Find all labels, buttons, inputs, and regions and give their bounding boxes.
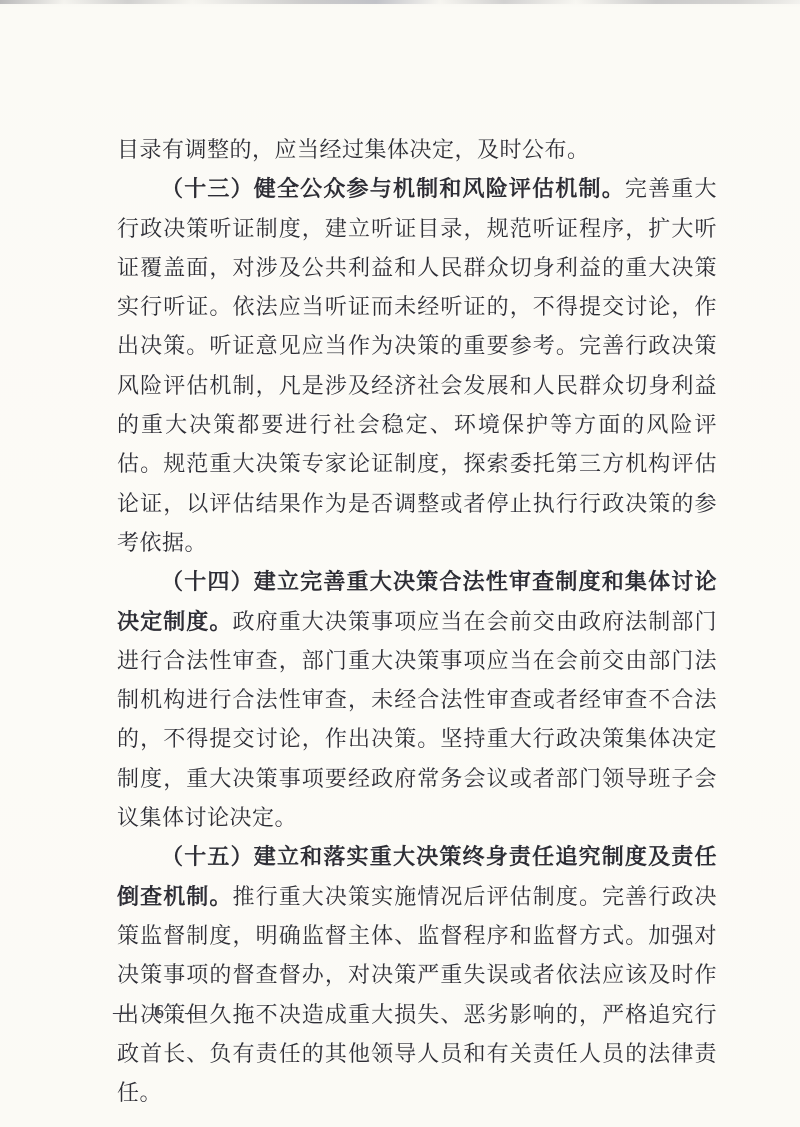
- paragraph-item-14: （十四）建立完善重大决策合法性审查制度和集体讨论决定制度。政府重大决策事项应当在…: [117, 562, 717, 837]
- paragraph-body: 政府重大决策事项应当在会前交由政府法制部门进行合法性审查，部门重大决策事项应当在…: [117, 609, 717, 830]
- document-page: 目录有调整的，应当经过集体决定，及时公布。 （十三）健全公众参与机制和风险评估机…: [0, 0, 800, 1127]
- paragraph-body: 完善重大行政决策听证制度，建立听证目录，规范听证程序，扩大听证覆盖面，对涉及公共…: [117, 176, 717, 555]
- paragraph-continuation: 目录有调整的，应当经过集体决定，及时公布。: [117, 130, 717, 169]
- paragraph-body: 推行重大决策实施情况后评估制度。完善行政决策监督制度，明确监督主体、监督程序和监…: [117, 884, 717, 1105]
- paragraph-item-15: （十五）建立和落实重大决策终身责任追究制度及责任倒查机制。推行重大决策实施情况后…: [117, 837, 717, 1112]
- scan-edge-artifact: [0, 0, 800, 4]
- paragraph-body: 目录有调整的，应当经过集体决定，及时公布。: [117, 137, 590, 162]
- paragraph-lead: （十三）健全公众参与机制和风险评估机制。: [161, 176, 625, 201]
- document-body: 目录有调整的，应当经过集体决定，及时公布。 （十三）健全公众参与机制和风险评估机…: [117, 130, 717, 1112]
- paragraph-item-13: （十三）健全公众参与机制和风险评估机制。完善重大行政决策听证制度，建立听证目录，…: [117, 169, 717, 562]
- page-number: — 6 —: [113, 998, 206, 1026]
